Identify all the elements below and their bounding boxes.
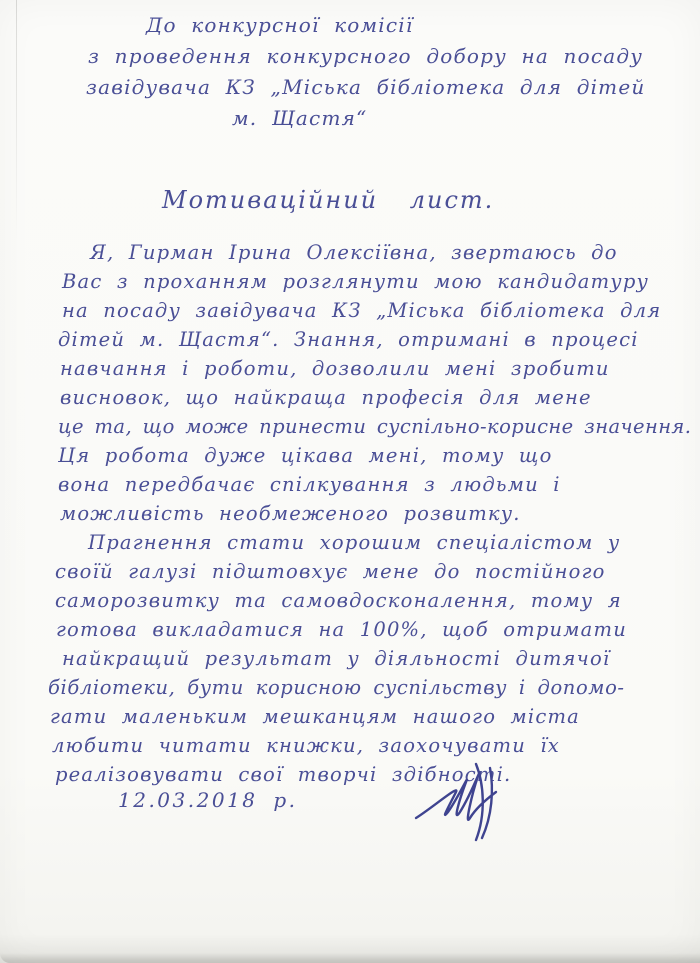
body-line: дітей м. Щастя“. Знання, отримані в проц…	[58, 325, 700, 354]
body-line: Я, Гирман Ірина Олексіївна, звертаюсь до	[90, 238, 700, 267]
body-line: вона передбачає спілкування з людьми і	[58, 470, 700, 499]
body-line: можливість необмеженого розвитку.	[60, 499, 700, 528]
signature-flourish-icon	[412, 758, 512, 842]
body-line: висновок, що найкраща професія для мене	[60, 383, 700, 412]
body-line: Прагнення стати хорошим спеціалістом у	[88, 528, 700, 557]
body-line: реалізовувати свої творчі здібності.	[55, 760, 700, 789]
body-line: готова викладатися на 100%, щоб отримати	[56, 615, 700, 644]
body-line: Вас з проханням розглянути мою кандидату…	[62, 267, 700, 296]
addressee-line: з проведення конкурсного добору на посад…	[88, 41, 700, 72]
letter-addressee-block: До конкурсної комісії з проведення конку…	[0, 10, 700, 134]
body-paragraph-2: Прагнення стати хорошим спеціалістом у с…	[0, 528, 700, 789]
body-line: на посаду завідувача КЗ „Міська бібліоте…	[62, 296, 700, 325]
body-line: любити читати книжки, заохочувати їх	[52, 731, 700, 760]
scanned-letter-page: До конкурсної комісії з проведення конку…	[0, 0, 700, 963]
body-line: навчання і роботи, дозволили мені зробит…	[60, 354, 700, 383]
body-line: найкращий результат у діяльності дитячої	[62, 644, 700, 673]
body-line: Ця робота дуже цікава мені, тому що	[58, 441, 700, 470]
body-line: гати маленьким мешканцям нашого міста	[50, 702, 700, 731]
body-line: саморозвитку та самовдосконалення, тому …	[55, 586, 700, 615]
scan-edge	[0, 953, 700, 963]
body-line: це та, що може принести суспільно-корисн…	[58, 412, 700, 441]
addressee-line: м. Щастя“	[232, 103, 700, 134]
addressee-line: До конкурсної комісії	[146, 10, 700, 41]
addressee-line: завідувача КЗ „Міська бібліотека для діт…	[86, 72, 700, 103]
letter-title: Мотиваційний лист.	[162, 186, 494, 214]
body-paragraph-1: Я, Гирман Ірина Олексіївна, звертаюсь до…	[0, 238, 700, 528]
body-line: своїй галузі підштовхує мене до постійно…	[55, 557, 700, 586]
body-line: бібліотеки, бути корисною суспільству і …	[48, 673, 700, 702]
letter-date: 12.03.2018 р.	[118, 788, 298, 812]
